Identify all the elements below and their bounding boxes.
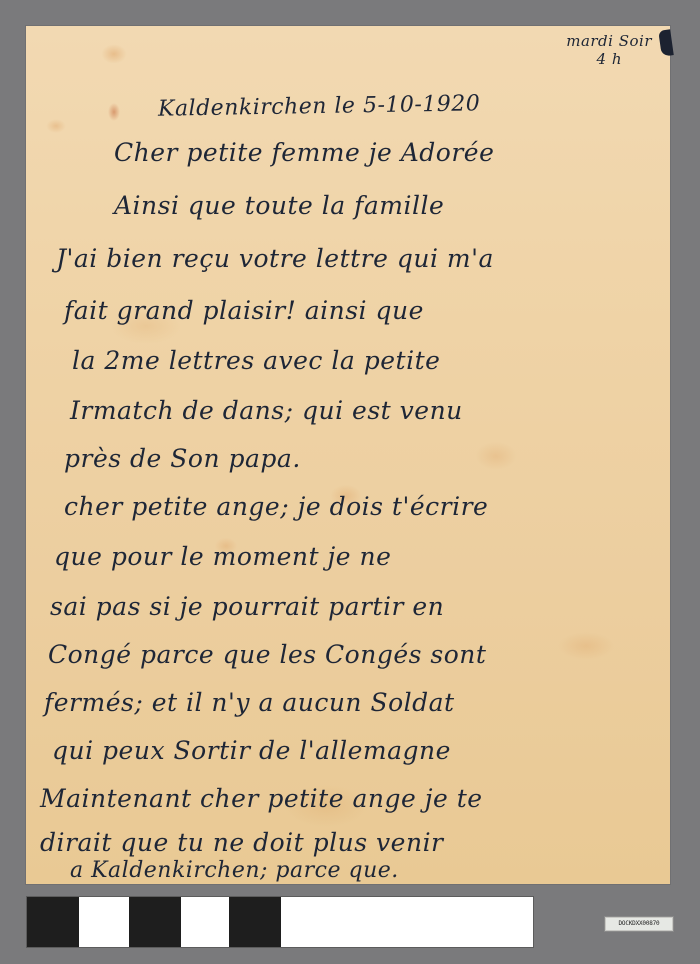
calibration-patch-black — [129, 897, 181, 947]
calibration-patch-white — [79, 897, 129, 947]
letter-line: J'ai bien reçu votre lettre qui m'a — [56, 244, 494, 274]
letter-line: Irmatch de dans; qui est venu — [70, 396, 463, 426]
letter-page: mardi Soir 4 h Kaldenkirchen le 5-10-192… — [26, 26, 670, 884]
letter-line: fait grand plaisir! ainsi que — [64, 296, 424, 326]
letter-line: près de Son papa. — [64, 444, 301, 474]
letter-line: a Kaldenkirchen; parce que. — [70, 856, 399, 886]
letter-line: cher petite ange; je dois t'écrire — [64, 492, 488, 522]
top-note-day: mardi Soir — [566, 32, 652, 50]
calibration-patch-black — [27, 897, 79, 947]
letter-line: Maintenant cher petite ange je te — [40, 784, 483, 814]
letter-line: dirait que tu ne doit plus venir — [40, 828, 444, 858]
letter-line: que pour le moment je ne — [54, 542, 391, 572]
calibration-patch-black — [229, 897, 281, 947]
top-note-time: 4 h — [566, 50, 622, 68]
place-and-date: Kaldenkirchen le 5-10-1920 — [158, 91, 481, 122]
calibration-patch-white — [181, 897, 229, 947]
letter-line: qui peux Sortir de l'allemagne — [52, 736, 451, 766]
letter-line: fermés; et il n'y a aucun Soldat — [44, 688, 455, 718]
letter-line: Congé parce que les Congés sont — [48, 640, 486, 670]
calibration-strip — [26, 896, 534, 948]
letter-line: Ainsi que toute la famille — [114, 191, 444, 221]
catalog-label: DOCKDXX00870 — [605, 917, 673, 931]
calibration-patch-white — [281, 897, 533, 947]
ink-blot — [658, 29, 674, 56]
letter-line: sai pas si je pourrait partir en — [50, 592, 444, 622]
top-note: mardi Soir 4 h — [566, 32, 652, 68]
letter-line: Cher petite femme je Adorée — [114, 138, 494, 168]
letter-line: la 2me lettres avec la petite — [72, 346, 440, 376]
